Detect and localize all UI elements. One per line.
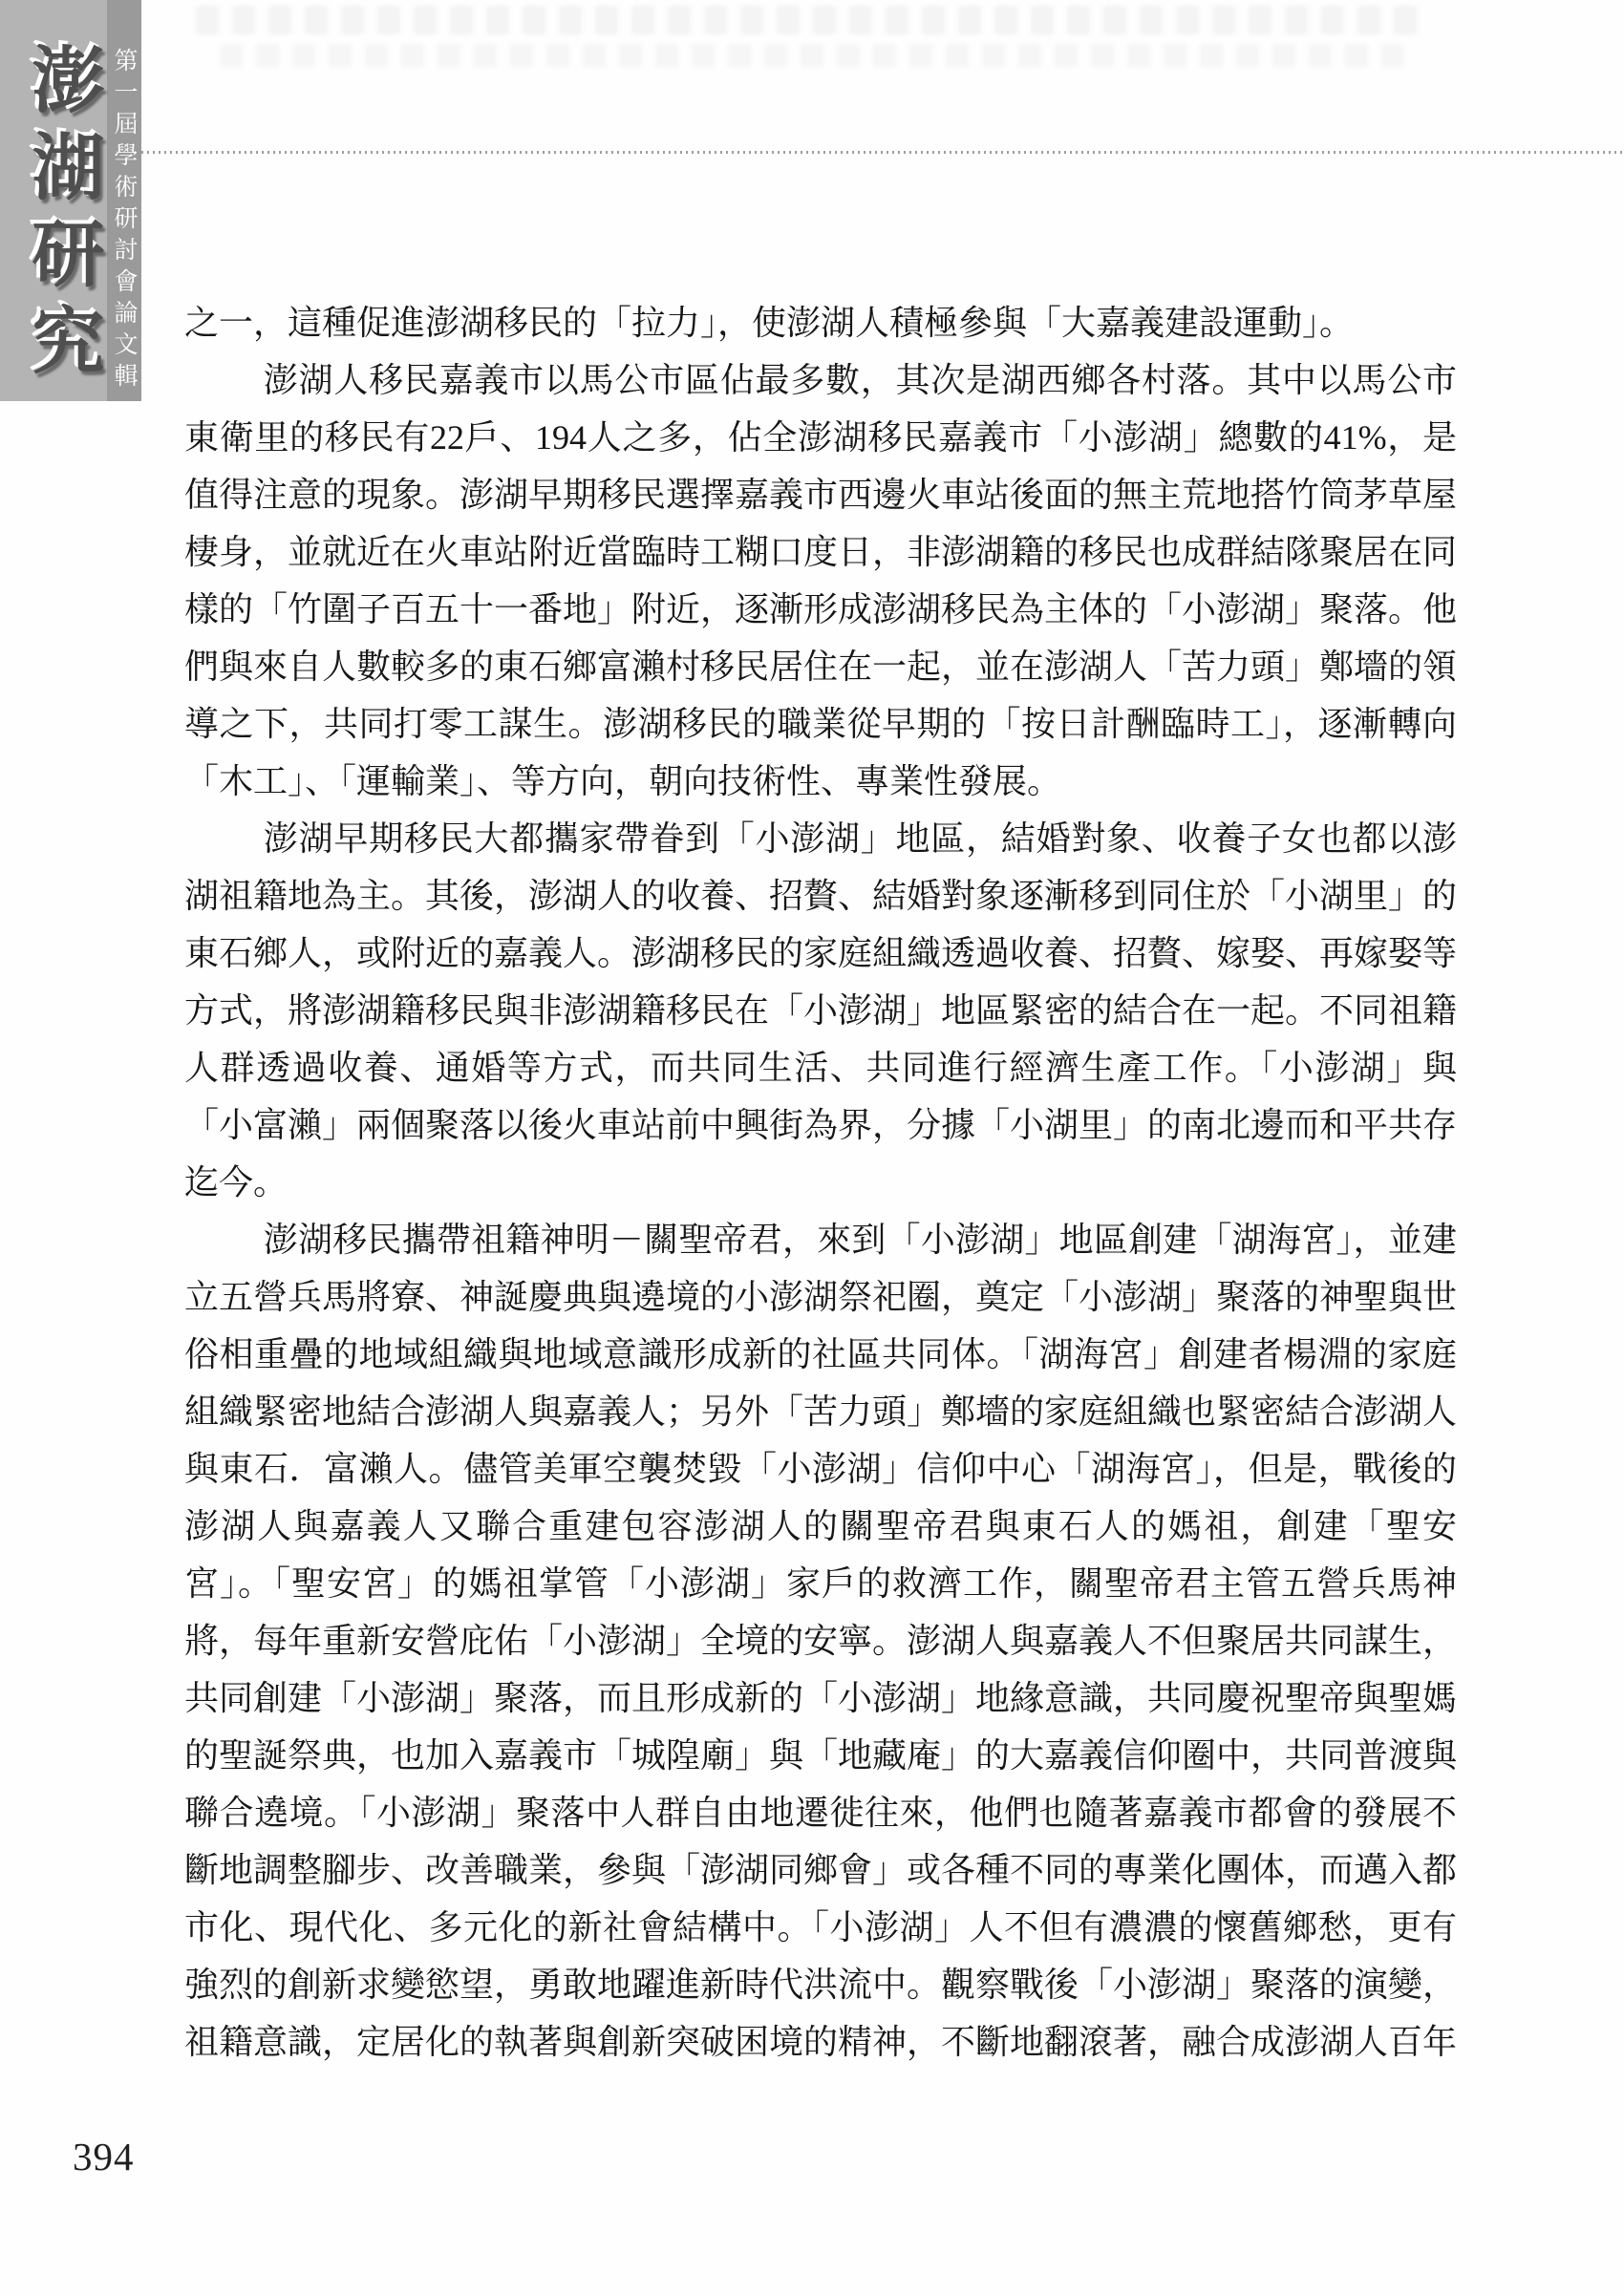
series-title-vertical: 澎湖研究 bbox=[25, 42, 97, 390]
bleedthrough-artifact-second bbox=[220, 44, 1414, 67]
paragraph: 澎湖人移民嘉義市以馬公市區佔最多數，其次是湖西鄉各村落。其中以馬公市東衛里的移民… bbox=[184, 351, 1457, 810]
paragraph: 澎湖早期移民大都攜家帶眷到「小澎湖」地區，結婚對象、收養子女也都以澎湖祖籍地為主… bbox=[184, 810, 1457, 1211]
scanned-page: 澎湖研究 第一屆學術研討會論文輯 之一，這種促進澎湖移民的「拉力」，使澎湖人積極… bbox=[0, 0, 1624, 2296]
paragraph: 澎湖移民攜帶祖籍神明－關聖帝君，來到「小澎湖」地區創建「湖海宮」，並建立五營兵馬… bbox=[184, 1211, 1457, 2071]
page-number: 394 bbox=[73, 2134, 135, 2179]
bleedthrough-artifact-top bbox=[196, 6, 1428, 34]
series-subtitle-vertical: 第一屆學術研討會論文輯 bbox=[112, 48, 136, 394]
header-dotted-rule bbox=[141, 151, 1624, 154]
article-body: 之一，這種促進澎湖移民的「拉力」，使澎湖人積極參與「大嘉義建設運動」。 澎湖人移… bbox=[184, 294, 1457, 2071]
paragraph-continuation: 之一，這種促進澎湖移民的「拉力」，使澎湖人積極參與「大嘉義建設運動」。 bbox=[184, 294, 1457, 351]
